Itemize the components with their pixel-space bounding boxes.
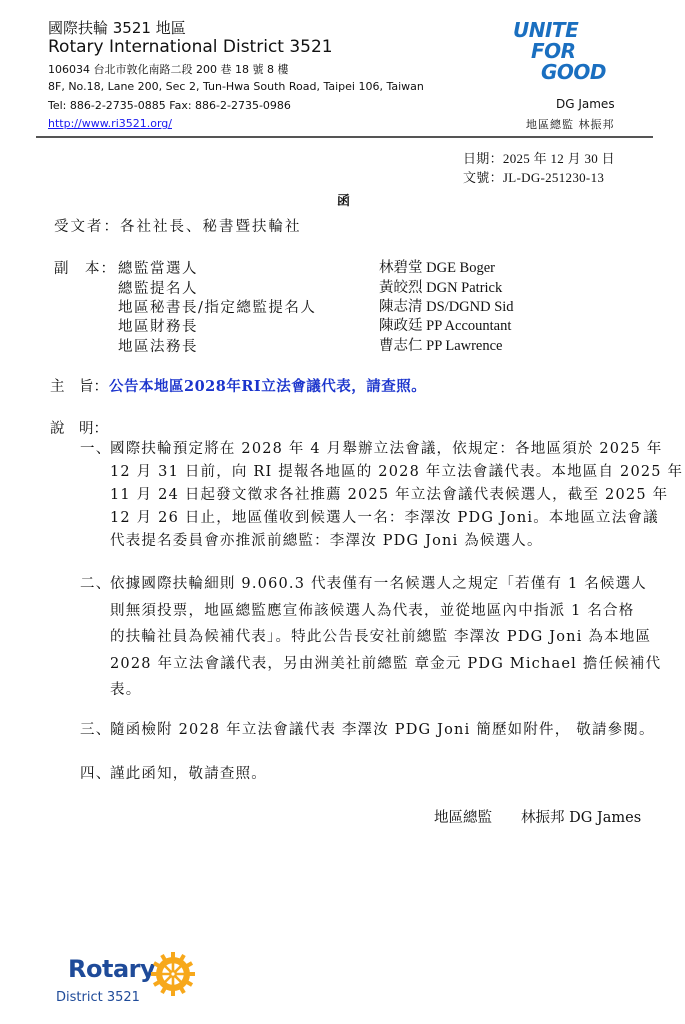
- cc-name: 黃皎烈 DGN Patrick: [379, 276, 502, 297]
- item-line: 表。: [110, 677, 645, 704]
- tel-fax: Tel: 886-2-2735-0885 Fax: 886-2-2735-098…: [48, 99, 291, 112]
- website-link[interactable]: http://www.ri3521.org/: [48, 117, 172, 130]
- cc-role: 總監提名人: [118, 277, 198, 298]
- item-number: 四、: [80, 763, 111, 786]
- cc-name: 曹志仁 PP Lawrence: [379, 334, 503, 355]
- item-line: 12 月 26 日止，地區僅收到候選人一名：李澤汝 PDG Joni。本地區立法…: [110, 507, 645, 530]
- header-divider: [36, 136, 653, 138]
- cc-label: 副 本：: [54, 257, 116, 278]
- item-line: 依據國際扶輪細則 9.060.3 代表僅有一名候選人之規定「若僅有 1 名候選人: [110, 571, 645, 598]
- rotary-wordmark: Rotary: [68, 955, 155, 983]
- signature: 地區總監 林振邦 DG James: [434, 806, 641, 827]
- cc-role: 地區法務長: [118, 335, 198, 356]
- cc-role: 地區秘書長/指定總監提名人: [118, 296, 316, 317]
- item-line: 的扶輪社員為候補代表」。特此公告長安社前總監 李澤汝 PDG Joni 為本地區: [110, 624, 645, 651]
- document-type: 函: [337, 190, 350, 209]
- cc-role: 總監當選人: [118, 257, 198, 278]
- org-name-zh: 國際扶輪 3521 地區: [48, 17, 186, 38]
- cc-name: 林碧堂 DGE Boger: [379, 256, 495, 277]
- slogan-line: GOOD: [513, 62, 606, 83]
- org-name-en: Rotary International District 3521: [48, 37, 333, 57]
- item-line: 12 月 31 日前，向 RI 提報各地區的 2028 年立法會議代表。本地區自…: [110, 461, 645, 484]
- item-number: 一、: [80, 438, 111, 461]
- cc-name: 陳政廷 PP Accountant: [379, 314, 511, 335]
- address-en: 8F, No.18, Lane 200, Sec 2, Tun-Hwa Sout…: [48, 80, 424, 93]
- cc-name: 陳志清 DS/DGND Sid: [379, 295, 514, 316]
- cc-role: 地區財務長: [118, 315, 198, 336]
- subject-label: 主 旨：: [50, 375, 108, 396]
- item-number: 二、: [80, 571, 111, 598]
- document-number: 文號：JL-DG-251230-13: [463, 167, 604, 186]
- item-line: 隨函檢附 2028 年立法會議代表 李澤汝 PDG Joni 簡歷如附件， 敬請…: [110, 719, 645, 742]
- item-line: 國際扶輪預定將在 2028 年 4 月舉辦立法會議，依規定：各地區須於 2025…: [110, 438, 645, 461]
- slogan-line: FOR: [513, 41, 606, 62]
- slogan-line: UNITE: [513, 20, 606, 41]
- item-line: 2028 年立法會議代表，另由洲美社前總監 章金元 PDG Michael 擔任…: [110, 651, 645, 678]
- governor-name-en: DG James: [556, 97, 615, 111]
- address-zh: 106034 台北市敦化南路二段 200 巷 18 號 8 樓: [48, 61, 288, 77]
- item-line: 則無須投票，地區總監應宣佈該候選人為代表，並從地區內中指派 1 名合格: [110, 598, 645, 625]
- item-line: 11 月 24 日起發文徵求各社推薦 2025 年立法會議代表候選人，截至 20…: [110, 484, 645, 507]
- rotary-wheel-icon: [150, 951, 196, 997]
- item-line: 謹此函知，敬請查照。: [110, 763, 645, 786]
- item-number: 三、: [80, 719, 111, 742]
- recipient: 受文者：各社社長、秘書暨扶輪社: [54, 215, 302, 236]
- subject-text: 公告本地區2028年RI立法會議代表，請查照。: [109, 375, 426, 396]
- item-line: 代表提名委員會亦推派前總監：李澤汝 PDG Joni 為候選人。: [110, 530, 645, 553]
- explanation-label: 說 明：: [50, 417, 108, 438]
- governor-name-zh: 地區總監 林振邦: [526, 116, 615, 132]
- unite-for-good-logo: UNITE FOR GOOD: [513, 20, 606, 83]
- document-date: 日期：2025 年 12 月 30 日: [463, 148, 615, 167]
- district-label: District 3521: [56, 990, 140, 1005]
